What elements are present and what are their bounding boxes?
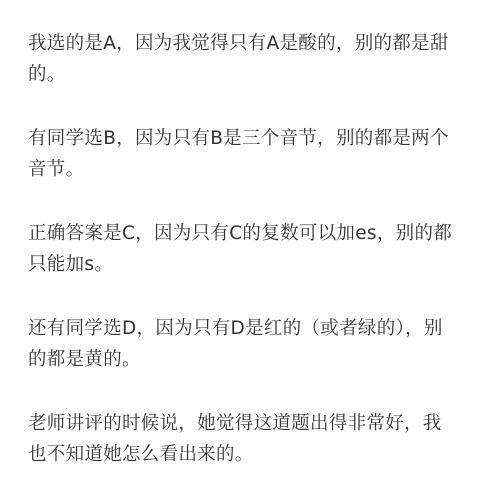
paragraph-choice-b: 有同学选B，因为只有B是三个音节，别的都是两个音节。	[28, 123, 460, 185]
paragraph-choice-a: 我选的是A，因为我觉得只有A是酸的，别的都是甜的。	[28, 28, 460, 90]
paragraph-teacher-comment: 老师讲评的时候说，她觉得这道题出得非常好，我也不知道她怎么看出来的。	[28, 408, 460, 470]
paragraph-choice-c: 正确答案是C，因为只有C的复数可以加es，别的都只能加s。	[28, 218, 460, 280]
article-body: 我选的是A，因为我觉得只有A是酸的，别的都是甜的。 有同学选B，因为只有B是三个…	[28, 28, 460, 479]
paragraph-choice-d: 还有同学选D，因为只有D是红的（或者绿的），别的都是黄的。	[28, 313, 460, 375]
